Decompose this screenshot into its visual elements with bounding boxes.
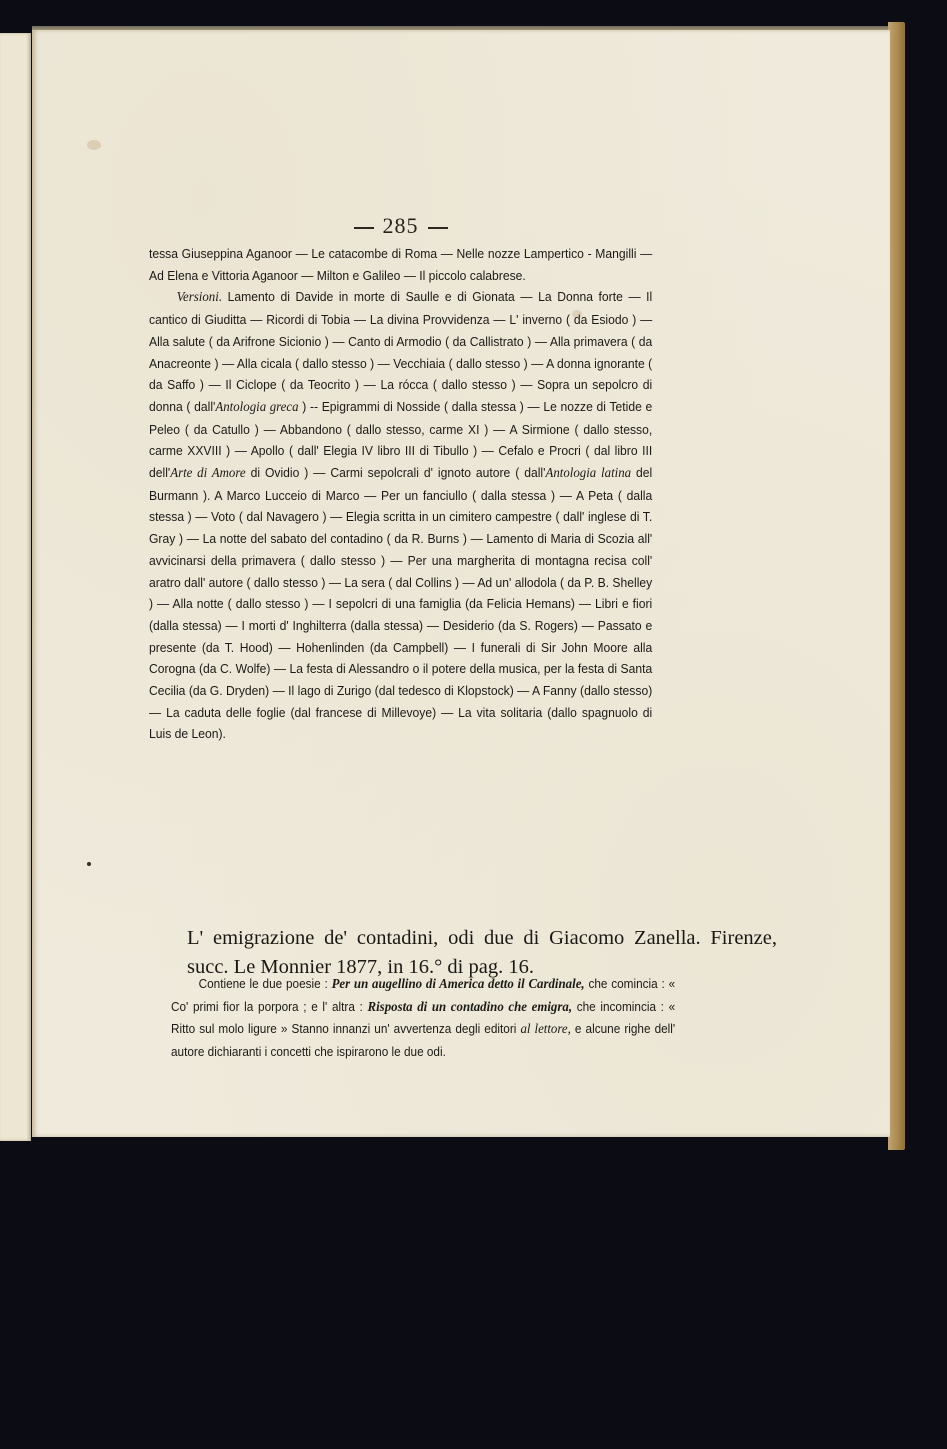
- text-run: di Ovidio ) — Carmi sepolcrali d' ignoto…: [246, 465, 546, 480]
- italic-title: Antologia greca: [215, 400, 298, 415]
- description-paragraph: Contiene le due poesie : Per un augellin…: [171, 973, 675, 1062]
- book-page: 285 tessa Giuseppina Aganoor — Le cataco…: [32, 30, 890, 1137]
- italic-title: Arte di Amore: [170, 466, 245, 481]
- bibliography-continuation: tessa Giuseppina Aganoor — Le catacombe …: [149, 243, 652, 745]
- ink-speck: [87, 862, 91, 866]
- facing-page-edge: [0, 33, 31, 1141]
- page-fore-edge: [888, 22, 905, 1150]
- page-number: 285: [149, 213, 652, 239]
- versioni-label: Versioni.: [177, 290, 222, 305]
- dash-right: [428, 227, 448, 229]
- paragraph-originals: tessa Giuseppina Aganoor — Le catacombe …: [149, 243, 652, 286]
- entry-description: Contiene le due poesie : Per un augellin…: [171, 973, 675, 1062]
- italic-title: al lettore,: [520, 1022, 570, 1037]
- text-run: del Burmann ). A Marco Lucceio di Marco …: [149, 465, 652, 741]
- dash-left: [354, 227, 374, 229]
- paragraph-versioni: Versioni. Lamento di Davide in morte di …: [149, 286, 652, 745]
- italic-title: Risposta di un contadino che emigra,: [368, 1000, 573, 1015]
- italic-title: Per un augellino di America detto il Car…: [332, 977, 585, 992]
- text-run: Lamento di Davide in morte di Saulle e d…: [149, 289, 652, 414]
- text-run: Contiene le due poesie :: [199, 976, 332, 991]
- foxing-spot: [87, 140, 101, 150]
- page-number-value: 285: [383, 213, 419, 238]
- italic-title: Antologia latina: [545, 466, 631, 481]
